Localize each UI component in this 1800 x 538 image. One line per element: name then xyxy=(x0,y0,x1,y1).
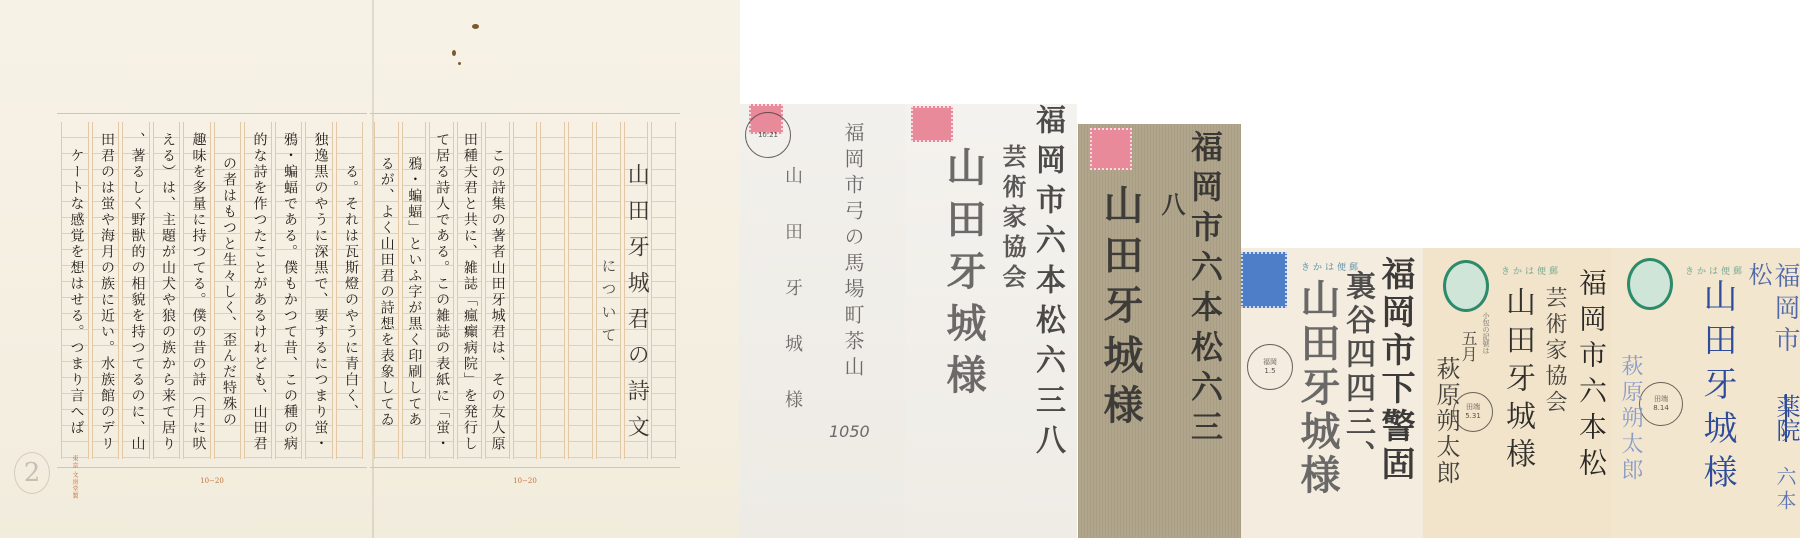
postage-stamp-icon xyxy=(1627,258,1673,310)
postage-stamp-icon xyxy=(1241,252,1287,308)
recipient-address-line2: 六本 xyxy=(1771,466,1800,514)
postage-stamp-icon xyxy=(1090,128,1132,170)
text-column: 独逸黒のやうに深黒で、要するにつまり蛍・ xyxy=(305,122,333,459)
postmark-office: 田端 xyxy=(1654,395,1668,404)
address-suffix: 八 xyxy=(1154,192,1189,216)
text-column: る。それは瓦斯燈のやうに青白く、 xyxy=(336,122,364,459)
recipient-name: 山田牙城様 xyxy=(779,166,805,446)
manuscript-line: 趣味を多量に持つてる。僕の昔の詩（月に吠 xyxy=(184,124,210,459)
text-column: ケートな感覚を想はせる。つまり言へば xyxy=(61,122,89,459)
manuscript-line: る。それは瓦斯燈のやうに青白く、 xyxy=(337,124,363,459)
envelope-kraft: 福岡市六本松六三 八 山田牙城様 xyxy=(1078,124,1241,538)
stain-mark xyxy=(458,62,461,65)
postmark-icon: 福岡 1.5 xyxy=(1247,344,1293,390)
manuscript-page-left: る。それは瓦斯燈のやうに青白く、 独逸黒のやうに深黒で、要するにつまり蛍・ 鴉・… xyxy=(57,113,367,468)
sender-address: 福岡市弓の馬場町茶山 xyxy=(839,122,868,382)
manuscript-line: ケートな感覚を想はせる。つまり言へば xyxy=(62,124,88,459)
title-column: 山田牙城君の詩文 xyxy=(624,122,649,459)
text-column: て居る詩人である。この雑誌の表紙に「蛍・ xyxy=(429,122,454,459)
recipient-name: 山田牙城様 xyxy=(935,146,992,406)
manuscript-line: 鴉・蝙蝠である。僕もかつて昔、この種の病 xyxy=(276,124,302,459)
manuscript-line: 田種夫君と共に、雑誌「瘋癲病院」を発行し xyxy=(458,124,481,459)
recipient-address: 福岡市六本松六三八 xyxy=(1025,104,1069,464)
page-number: 10−20 xyxy=(513,477,537,485)
sender-name: 萩原朔太郎 xyxy=(1615,354,1646,484)
envelope-front-brush: 福岡市六本松六三八 芸術家協会 山田牙城様 xyxy=(905,104,1077,538)
postage-stamp-icon xyxy=(911,106,953,142)
manuscript-line: 独逸黒のやうに深黒で、要するにつまり蛍・ xyxy=(306,124,332,459)
manuscript-sheet: 山田牙城君の詩文 について この詩集の著者山田牙城君は、その友人原 田種夫君と共… xyxy=(0,0,740,538)
text-column: 田君のは蛍や海月の族に近い。水族館のデリ xyxy=(92,122,120,459)
manuscript-page-right: 山田牙城君の詩文 について この詩集の著者山田牙城君は、その友人原 田種夫君と共… xyxy=(370,113,680,468)
recipient-address: 福岡市六本松 xyxy=(1571,268,1611,484)
grid-column xyxy=(568,122,593,459)
postmark-date: 5.31 xyxy=(1465,412,1481,421)
postmark-date: 1.5 xyxy=(1264,367,1275,376)
text-column: える）は、主題が山犬や狼の族から来て居り xyxy=(153,122,181,459)
postmark-office: 福岡 xyxy=(1263,358,1277,367)
text-column: この詩集の著者山田牙城君は、その友人原 xyxy=(485,122,510,459)
text-column: 趣味を多量に持つてる。僕の昔の詩（月に吠 xyxy=(183,122,211,459)
stain-mark xyxy=(452,50,456,56)
paper-maker-mark: 東京 文房堂製 xyxy=(70,455,79,500)
postcard-green-stamp-2: きかは便郵 田端 8.14 福岡市 薬院 六本 松 山田牙城様 萩原朔太郎 xyxy=(1611,248,1800,538)
postcard-header: きかは便郵 xyxy=(1685,264,1745,277)
grid-column xyxy=(540,122,565,459)
text-column: 田種夫君と共に、雑誌「瘋癲病院」を発行し xyxy=(457,122,482,459)
grid-column xyxy=(651,122,676,459)
recipient-name: 山田牙城様 xyxy=(1693,278,1742,498)
text-column: 、著るしく野獣的の相貌を持つてるのに、山 xyxy=(122,122,150,459)
postmark-date: 8.14 xyxy=(1653,404,1669,413)
postage-stamp-icon xyxy=(1443,260,1489,312)
recipient-name: 山田牙城様 xyxy=(1495,286,1539,476)
recipient-address: 福岡市六本松六三 xyxy=(1182,130,1228,450)
recipient-name: 山田牙城様 xyxy=(1092,184,1149,434)
postcard-blue-stamp: きかは便郵 福岡 1.5 福岡市下警固 裏谷四四三、 山田牙城様 xyxy=(1241,248,1423,538)
manuscript-line: 的な詩を作つたことがあるけれども、山田君 xyxy=(245,124,271,459)
sheet-number: 2 xyxy=(14,452,50,494)
manuscript-line: て居る詩人である。この雑誌の表紙に「蛍・ xyxy=(430,124,453,459)
recipient-name: 山田牙城様 xyxy=(1289,278,1346,498)
struck-address: 薬院 xyxy=(1769,394,1800,442)
stamp-side-text: 小包の記號は xyxy=(1481,312,1491,354)
text-column: の者はもつと生々しく、歪んだ特殊の xyxy=(214,122,242,459)
essay-subtitle: について xyxy=(597,124,620,459)
manuscript-line: 、著るしく野獣的の相貌を持つてるのに、山 xyxy=(123,124,149,459)
recipient-address-line3: 松 xyxy=(1741,262,1776,286)
essay-title: 山田牙城君の詩文 xyxy=(625,124,648,459)
recipient-organization: 芸術家協会 xyxy=(1539,286,1570,416)
sender-name: 萩原朔太郎 xyxy=(1429,356,1464,486)
recipient-organization: 芸術家協会 xyxy=(995,144,1030,294)
text-column: 鴉・蝙蝠である。僕もかつて昔、この種の病 xyxy=(275,122,303,459)
grid-column xyxy=(513,122,538,459)
text-column: 的な詩を作つたことがあるけれども、山田君 xyxy=(244,122,272,459)
manuscript-line: るが、よく山田君の詩想を表象してゐ xyxy=(375,124,398,459)
postcard-green-stamp-1: きかは便郵 小包の記號は 田端 5.31 福岡市六本松 芸術家協会 山田牙城様 … xyxy=(1423,248,1611,538)
envelope-back-sender: 10.21 福岡市弓の馬場町茶山 1050 山田牙城様 xyxy=(739,104,911,538)
postcard-header: きかは便郵 xyxy=(1501,264,1561,277)
manuscript-line: この詩集の著者山田牙城君は、その友人原 xyxy=(486,124,509,459)
manuscript-line: 田君のは蛍や海月の族に近い。水族館のデリ xyxy=(93,124,119,459)
manuscript-line: の者はもつと生々しく、歪んだ特殊の xyxy=(215,124,241,459)
manuscript-line: える）は、主題が山犬や狼の族から来て居り xyxy=(154,124,180,459)
text-column: るが、よく山田君の詩想を表象してゐ xyxy=(374,122,399,459)
postmark-office: 田端 xyxy=(1466,403,1480,412)
stain-mark xyxy=(472,24,479,29)
postmark-date: 10.21 xyxy=(758,131,778,140)
subtitle-column: について xyxy=(596,122,621,459)
address-number: 1050 xyxy=(829,422,870,441)
manuscript-line: 鴉・蝙蝠」といふ字が黒く印刷してあ xyxy=(403,124,426,459)
postmark-icon: 10.21 xyxy=(745,112,791,158)
text-column: 鴉・蝙蝠」といふ字が黒く印刷してあ xyxy=(402,122,427,459)
page-number: 10−20 xyxy=(200,477,224,485)
